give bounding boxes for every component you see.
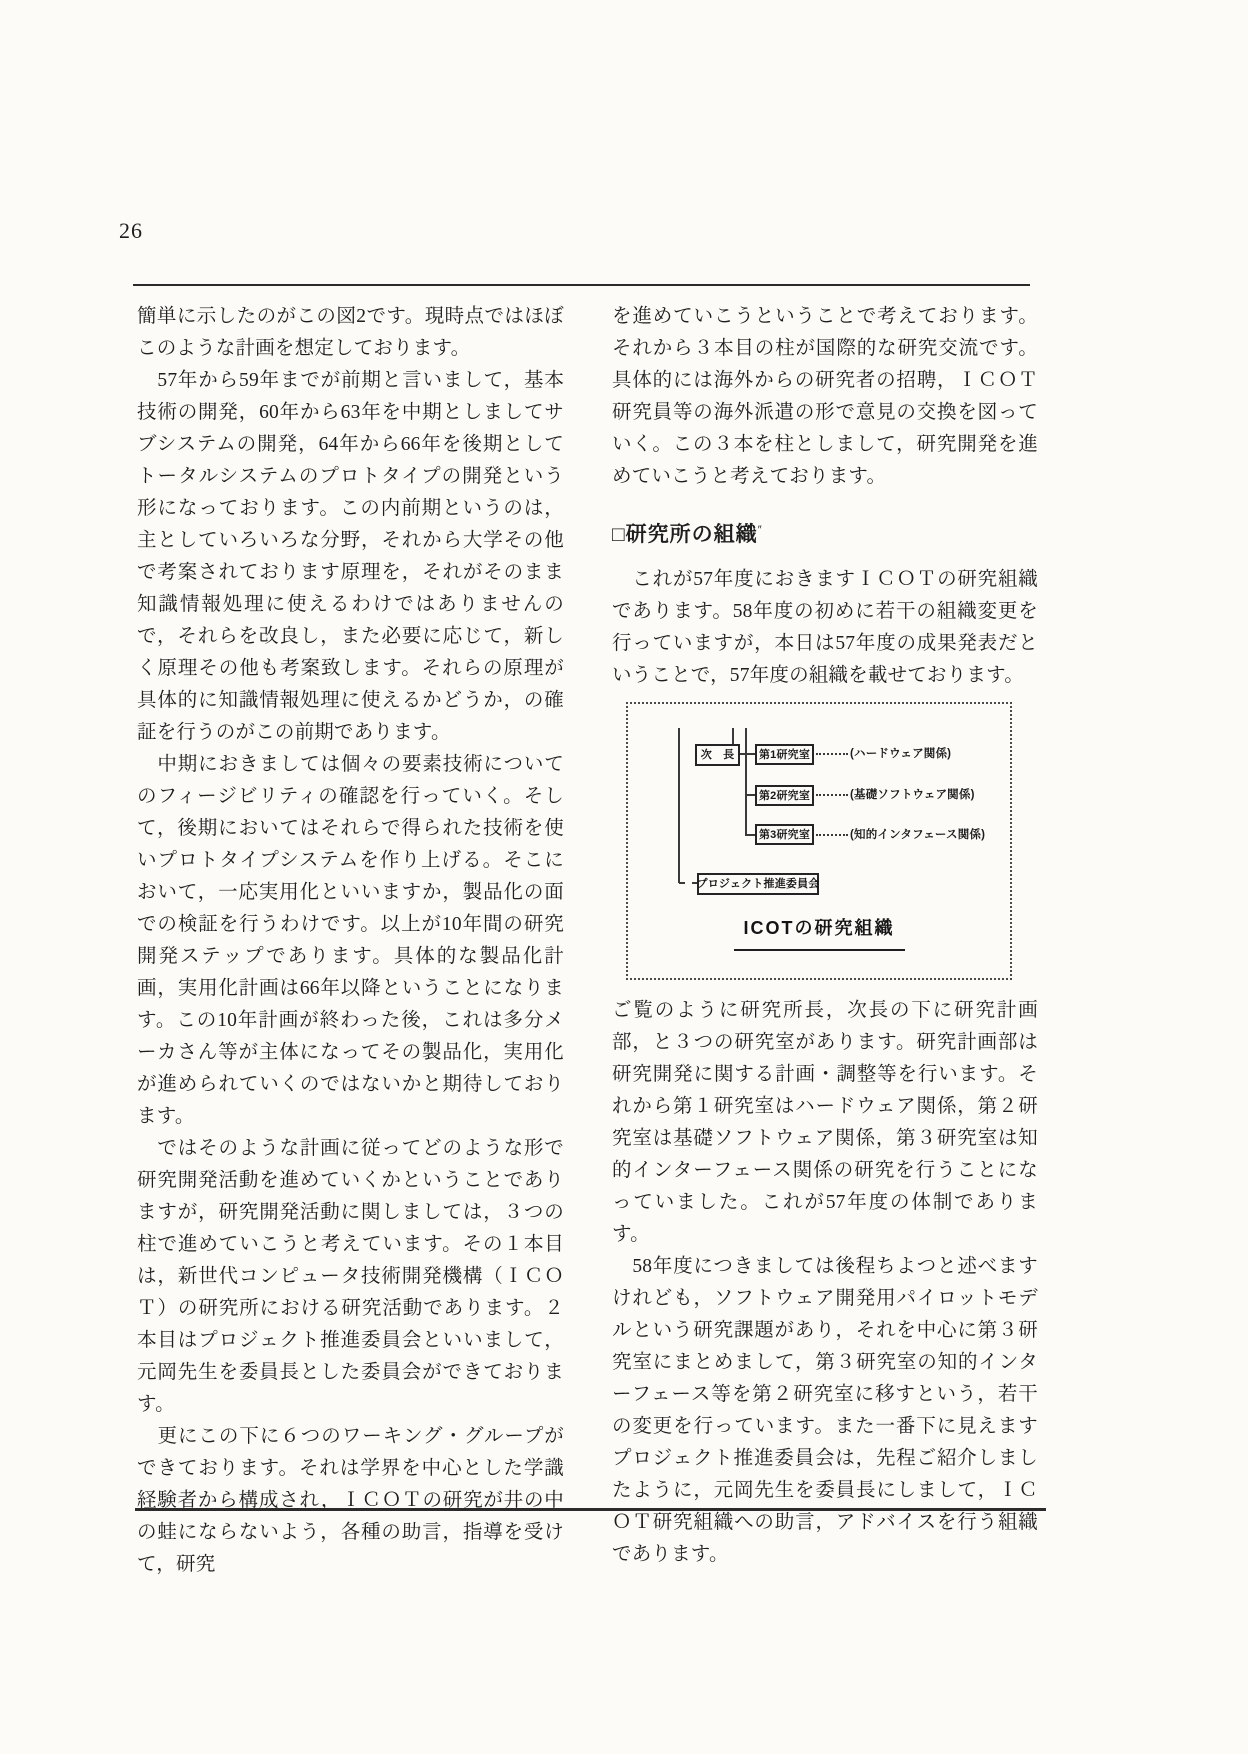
- document-page: 26 簡単に示したのがこの図2です。現時点ではほぼこのような計画を想定しておりま…: [0, 0, 1248, 1754]
- org-chart-leader-lab2: [816, 794, 848, 796]
- paragraph: 簡単に示したのがこの図2です。現時点ではほぼこのような計画を想定しております。: [137, 301, 564, 365]
- paragraph: これが57年度におきますＩＣＯＴの研究組織であります。58年度の初めに若干の組織…: [612, 564, 1038, 692]
- org-chart-leader-lab3: [816, 834, 848, 836]
- section-heading: □研究所の組織″: [612, 514, 1038, 551]
- org-chart-labs-drop-line: [745, 728, 747, 836]
- org-chart-trunk-line: [678, 728, 680, 883]
- org-chart-caption: ICOTの研究組織: [734, 912, 905, 951]
- org-chart-figure: 次 長 第1研究室 第2研究室 第3研究室 プロジェクト推進委員会 (ハードウェ…: [626, 702, 1012, 980]
- left-column: 簡単に示したのがこの図2です。現時点ではほぼこのような計画を想定しております。 …: [137, 301, 564, 1581]
- paragraph: ではそのような計画に従ってどのような形で研究開発活動を進めていくかということであ…: [137, 1133, 564, 1421]
- section-heading-text: □研究所の組織: [612, 523, 758, 546]
- paragraph: 58年度につきましては後程ちよつと述べますけれども，ソフトウェア開発用パイロット…: [612, 1251, 1038, 1571]
- paragraph: 中期におきましては個々の要素技術についてのフィージビリティの確認を行っていく。そ…: [137, 749, 564, 1133]
- org-chart-annotation-lab3: (知的インタフェース関係): [850, 826, 985, 844]
- paragraph: 更にこの下に６つのワーキング・グループができております。それは学界を中心とした学…: [137, 1421, 564, 1581]
- org-chart-node-lab1: 第1研究室: [755, 744, 814, 765]
- org-chart-node-deputy-director: 次 長: [695, 744, 740, 766]
- org-chart-lab1-stub: [740, 753, 756, 755]
- heading-note-mark: ″: [758, 524, 763, 536]
- paragraph: 57年から59年までが前期と言いまして，基本技術の開発，60年から63年を中期と…: [137, 365, 564, 749]
- org-chart-annotation-lab1: (ハードウェア関係): [850, 745, 951, 763]
- org-chart-committee-connector: [679, 882, 698, 884]
- footer-rule: [135, 1508, 1046, 1511]
- paragraph: ご覧のように研究所長，次長の下に研究計画部，と３つの研究室があります。研究計画部…: [612, 995, 1038, 1251]
- page-number: 26: [119, 218, 143, 244]
- org-chart-node-lab2: 第2研究室: [755, 785, 814, 806]
- org-chart-node-committee: プロジェクト推進委員会: [697, 873, 819, 895]
- paragraph: を進めていこうということで考えております。それから３本目の柱が国際的な研究交流で…: [612, 301, 1038, 493]
- org-chart-leader-lab1: [816, 753, 848, 755]
- org-chart-node-lab3: 第3研究室: [755, 824, 814, 845]
- org-chart-annotation-lab2: (基礎ソフトウェア関係): [850, 786, 975, 804]
- header-rule: [133, 284, 1030, 286]
- right-column: を進めていこうということで考えております。それから３本目の柱が国際的な研究交流で…: [612, 301, 1038, 1571]
